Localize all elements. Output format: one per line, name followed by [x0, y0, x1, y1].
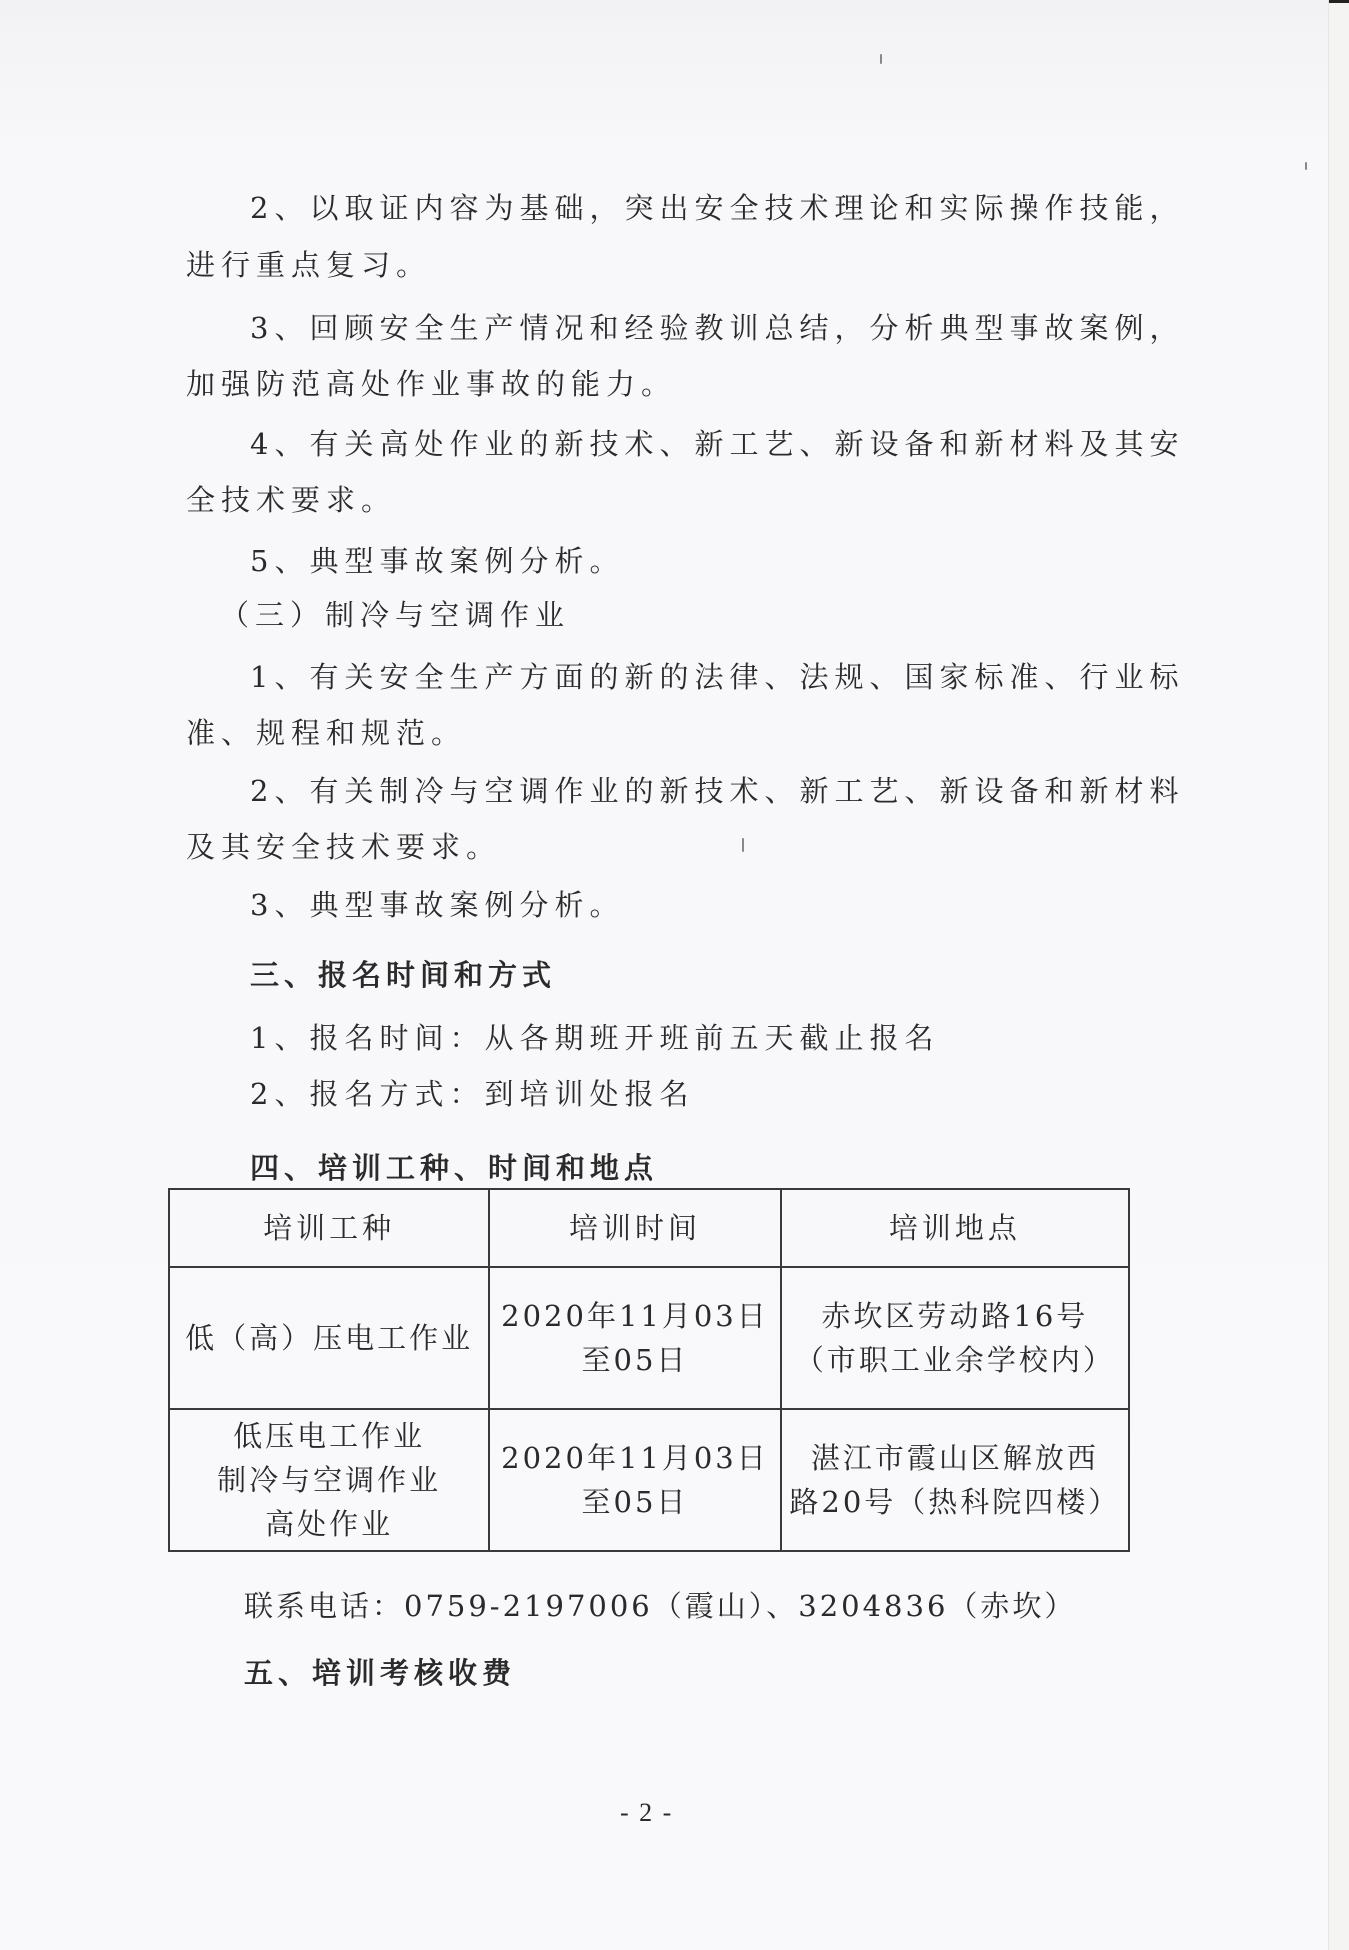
scan-speck: [742, 838, 744, 852]
section-5-heading: 五、培训考核收费: [244, 1653, 516, 1693]
paragraph-line: 2、以取证内容为基础，突出安全技术理论和实际操作技能，: [250, 188, 1184, 228]
scan-speck: [1305, 162, 1307, 170]
paragraph-line: 4、有关高处作业的新技术、新工艺、新设备和新材料及其安: [250, 424, 1184, 464]
paragraph-line: 2、有关制冷与空调作业的新技术、新工艺、新设备和新材料: [250, 771, 1184, 811]
registration-time: 1、报名时间：从各期班开班前五天截止报名: [250, 1018, 939, 1058]
header-training-time: 培训时间: [489, 1189, 780, 1267]
paragraph-line: 及其安全技术要求。: [186, 827, 501, 867]
training-schedule-table: 培训工种 培训时间 培训地点 低（高）压电工作业 2020年11月03日 至05…: [168, 1188, 1130, 1552]
page-number: - 2 -: [620, 1798, 673, 1828]
table-header-row: 培训工种 培训时间 培训地点: [169, 1189, 1129, 1267]
document-page: 2、以取证内容为基础，突出安全技术理论和实际操作技能， 进行重点复习。 3、回顾…: [0, 0, 1329, 1950]
cell-training-type: 低（高）压电工作业: [169, 1267, 489, 1409]
paragraph-line: 加强防范高处作业事故的能力。: [186, 364, 676, 404]
paragraph-line: 进行重点复习。: [186, 245, 431, 285]
subsection-heading: （三）制冷与空调作业: [220, 595, 570, 635]
table-row: 低压电工作业 制冷与空调作业 高处作业 2020年11月03日 至05日 湛江市…: [169, 1409, 1129, 1551]
scan-edge: [1328, 0, 1349, 1950]
cell-training-place: 赤坎区劳动路16号 （市职工业余学校内）: [781, 1267, 1129, 1409]
cell-training-type: 低压电工作业 制冷与空调作业 高处作业: [169, 1409, 489, 1551]
paragraph-line: 全技术要求。: [186, 480, 396, 520]
contact-phone: 联系电话：0759-2197006（霞山）、3204836（赤坎）: [244, 1586, 1076, 1626]
cell-training-time: 2020年11月03日 至05日: [489, 1267, 780, 1409]
paragraph-line: 3、典型事故案例分析。: [250, 885, 624, 925]
paragraph-line: 1、有关安全生产方面的新的法律、法规、国家标准、行业标: [250, 657, 1184, 697]
table-row: 低（高）压电工作业 2020年11月03日 至05日 赤坎区劳动路16号 （市职…: [169, 1267, 1129, 1409]
registration-method: 2、报名方式：到培训处报名: [250, 1074, 694, 1114]
section-3-heading: 三、报名时间和方式: [250, 955, 556, 995]
paragraph-line: 3、回顾安全生产情况和经验教训总结，分析典型事故案例，: [250, 308, 1184, 348]
scan-speck: [880, 54, 882, 64]
cell-training-time: 2020年11月03日 至05日: [489, 1409, 780, 1551]
cell-training-place: 湛江市霞山区解放西 路20号（热科院四楼）: [781, 1409, 1129, 1551]
header-training-place: 培训地点: [781, 1189, 1129, 1267]
paragraph-line: 5、典型事故案例分析。: [250, 541, 624, 581]
section-4-heading: 四、培训工种、时间和地点: [250, 1148, 658, 1188]
paragraph-line: 准、规程和规范。: [186, 713, 466, 753]
header-training-type: 培训工种: [169, 1189, 489, 1267]
